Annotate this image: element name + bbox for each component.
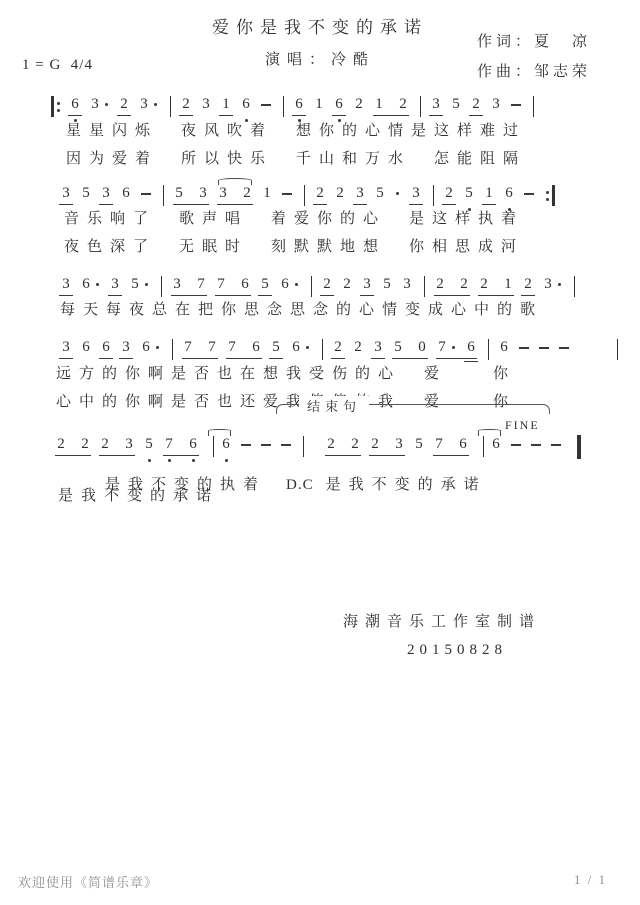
note-digit: 1 <box>261 185 273 202</box>
note-digit: 2 <box>522 276 534 293</box>
duration-dash <box>538 339 550 359</box>
underline <box>429 115 443 116</box>
note-digit: 5 <box>392 339 404 356</box>
underline <box>482 204 496 205</box>
underline <box>371 358 385 359</box>
note-digit: 1 <box>502 276 514 293</box>
note-digit: 7 <box>163 436 175 453</box>
note-digit: 2 <box>118 96 130 113</box>
note-digit: 2 <box>369 436 381 453</box>
note-digit: 2 <box>55 436 67 453</box>
note-digit: 5 <box>413 436 425 453</box>
note-digit: 2 <box>470 96 482 113</box>
note-digit: 6 <box>69 96 81 113</box>
lyrics-line: 每天每夜总在把你思念思念的心情变成心中的歌 <box>60 298 543 319</box>
underline <box>469 115 483 116</box>
engraving-studio-credit: 海潮音乐工作室制谱 <box>343 610 541 631</box>
note-digit: 3 <box>89 96 101 113</box>
underline <box>353 204 367 205</box>
note-digit: 6 <box>498 339 510 356</box>
underline <box>68 115 82 116</box>
note-digit: 2 <box>99 436 111 453</box>
note-digit: 2 <box>241 185 253 202</box>
duration-dash <box>518 339 530 359</box>
note-digit: 3 <box>200 96 212 113</box>
underline <box>99 204 113 205</box>
underline <box>292 115 306 116</box>
note-digit: 5 <box>463 185 475 202</box>
duration-dash <box>280 436 292 456</box>
note-digit: 3 <box>60 339 72 356</box>
page-indicator: 1 / 1 <box>574 872 607 888</box>
note-digit: 5 <box>80 185 92 202</box>
barline <box>483 436 484 457</box>
note-digit: 6 <box>80 276 92 293</box>
note-digit: 6 <box>187 436 199 453</box>
note-digit: 5 <box>450 96 462 113</box>
repeat-dots <box>546 185 549 206</box>
augmentation-dot <box>306 346 309 349</box>
note-digit: 5 <box>143 436 155 453</box>
note-digit: 7 <box>215 276 227 293</box>
underline <box>258 295 272 296</box>
note-digit: 2 <box>349 436 361 453</box>
underline <box>179 115 193 116</box>
note-digit: 2 <box>79 436 91 453</box>
note-digit: 6 <box>290 339 302 356</box>
note: 3 <box>542 276 554 304</box>
augmentation-dot <box>295 283 298 286</box>
note-digit: 5 <box>270 339 282 356</box>
note-digit: 3 <box>361 276 373 293</box>
note-digit: 1 <box>220 96 232 113</box>
note-digit: 2 <box>321 276 333 293</box>
note-digit: 2 <box>458 276 470 293</box>
note-digit: 5 <box>381 276 393 293</box>
note-digit: 6 <box>503 185 515 202</box>
augmentation-dot <box>156 346 159 349</box>
note-digit: 6 <box>239 276 251 293</box>
note-digit: 3 <box>490 96 502 113</box>
note-digit: 6 <box>333 96 345 113</box>
final-barline <box>577 436 581 457</box>
note-digit: 2 <box>443 185 455 202</box>
note-digit: 5 <box>259 276 271 293</box>
note-digit: 3 <box>354 185 366 202</box>
note-digit: 6 <box>80 339 92 356</box>
note-digit: 3 <box>109 276 121 293</box>
underline <box>409 204 423 205</box>
augmentation-dot <box>96 283 99 286</box>
note-digit: 2 <box>334 185 346 202</box>
underline <box>521 295 535 296</box>
underline <box>99 358 113 359</box>
underline <box>313 204 327 205</box>
barline <box>170 96 171 117</box>
note-digit: 1 <box>483 185 495 202</box>
barline <box>420 96 421 117</box>
lyricist-credit: 作词：夏 凉 <box>477 30 591 51</box>
note-digit: 7 <box>182 339 194 356</box>
note-digit: 1 <box>373 96 385 113</box>
barline <box>283 96 284 117</box>
barline <box>433 185 434 206</box>
sheet-music-page: 爱你是我不变的承诺 1 = G 4/4 演唱：冷酷 作词：夏 凉 作曲：邹志荣 … <box>0 0 640 905</box>
underline <box>108 295 122 296</box>
note-digit: 5 <box>173 185 185 202</box>
underline <box>59 358 73 359</box>
note-digit: 6 <box>279 276 291 293</box>
note-digit: 6 <box>100 339 112 356</box>
underline <box>219 115 233 116</box>
lyrics-line: 夜色深了 无眠时 刻默默地想 你相思成河 <box>64 235 524 256</box>
duration-dash <box>260 436 272 456</box>
engraving-date: 20150828 <box>407 642 507 659</box>
note-digit: 3 <box>123 436 135 453</box>
note-digit: 7 <box>226 339 238 356</box>
augmentation-dot <box>145 283 148 286</box>
note-digit: 6 <box>240 96 252 113</box>
note-digit: 0 <box>416 339 428 356</box>
duration-dash <box>281 185 293 205</box>
note-digit: 3 <box>542 276 554 293</box>
note-digit: 6 <box>140 339 152 356</box>
spacer <box>578 339 614 340</box>
note-digit: 6 <box>293 96 305 113</box>
note-digit: 3 <box>197 185 209 202</box>
note-digit: 3 <box>372 339 384 356</box>
duration-dash <box>523 185 535 205</box>
lyrics-line: 星星闪烁 夜风吹着 想你的心情是这样难过 <box>66 119 526 140</box>
barline <box>304 185 305 206</box>
note-digit: 2 <box>353 96 365 113</box>
note-digit: 1 <box>313 96 325 113</box>
augmentation-dot <box>394 185 402 205</box>
note-digit: 6 <box>120 185 132 202</box>
barline <box>322 339 323 360</box>
note-digit: 7 <box>436 339 448 356</box>
duration-dash <box>510 96 522 116</box>
note-digit: 6 <box>220 436 232 453</box>
augmentation-dot <box>452 346 455 349</box>
barline <box>617 339 618 360</box>
dc-marker: D.C <box>286 477 314 493</box>
note-digit: 3 <box>217 185 229 202</box>
note-digit: 5 <box>374 185 386 202</box>
lyrics-line: 是我不变的承诺 <box>58 484 219 505</box>
ending-phrase-label: 结束句 <box>299 396 369 415</box>
lyrics-line: 因为爱着 所以快乐 千山和万水 怎能阻隔 <box>66 147 526 168</box>
note-digit: 3 <box>171 276 183 293</box>
note: 6 <box>490 436 502 464</box>
note-digit: 6 <box>465 339 477 356</box>
note-digit: 2 <box>478 276 490 293</box>
note-digit: 3 <box>410 185 422 202</box>
note-digit: 7 <box>206 339 218 356</box>
spacer <box>313 436 325 437</box>
app-welcome-text: 欢迎使用《简谱乐章》 <box>18 872 158 891</box>
note-digit: 3 <box>60 276 72 293</box>
underline <box>59 295 73 296</box>
duration-dash <box>260 96 272 116</box>
underline <box>442 204 456 205</box>
note-digit: 2 <box>325 436 337 453</box>
note-digit: 3 <box>430 96 442 113</box>
repeat-end-barline <box>546 185 555 206</box>
note-digit: 2 <box>434 276 446 293</box>
note-digit: 3 <box>100 185 112 202</box>
spacer <box>570 436 574 437</box>
note-digit: 3 <box>393 436 405 453</box>
barline <box>163 185 164 206</box>
underline <box>59 204 73 205</box>
note-digit: 2 <box>314 185 326 202</box>
underline <box>320 295 334 296</box>
note-digit: 6 <box>490 436 502 453</box>
barline <box>172 339 173 360</box>
underline <box>360 295 374 296</box>
note-digit: 3 <box>401 276 413 293</box>
note-digit: 6 <box>457 436 469 453</box>
lyrics-line: 远方的你啊是否也在想我受伤的心 爱 你 <box>56 362 516 383</box>
barline <box>574 276 575 297</box>
duration-dash <box>240 436 252 456</box>
barline <box>213 436 214 457</box>
duration-dash <box>530 436 542 456</box>
duration-dash <box>550 436 562 456</box>
note-digit: 3 <box>138 96 150 113</box>
augmentation-dot <box>558 283 561 286</box>
barline <box>311 276 312 297</box>
duration-dash <box>510 436 522 456</box>
barline <box>161 276 162 297</box>
lyrics-line: 是我不变的承诺 <box>326 477 487 493</box>
note-digit: 3 <box>120 339 132 356</box>
note-digit: 2 <box>341 276 353 293</box>
barline <box>424 276 425 297</box>
underline <box>332 115 346 116</box>
barline <box>303 436 304 457</box>
note-digit: 2 <box>332 339 344 356</box>
duration-dash <box>140 185 152 205</box>
duration-dash <box>558 339 570 359</box>
augmentation-dot <box>105 103 108 106</box>
fine-marker: FINE <box>505 418 540 433</box>
underline <box>331 358 345 359</box>
underline <box>269 358 283 359</box>
barline <box>533 96 534 117</box>
composer-credit: 作曲：邹志荣 <box>477 60 591 81</box>
note-digit: 3 <box>60 185 72 202</box>
underline <box>117 115 131 116</box>
note-digit: 2 <box>352 339 364 356</box>
repeat-start-barline <box>51 96 60 117</box>
ending-phrase-bracket: 结束句 <box>276 404 550 414</box>
note-digit: 6 <box>250 339 262 356</box>
augmentation-dot <box>154 103 157 106</box>
note-digit: 7 <box>433 436 445 453</box>
lyrics-line: 音乐响了 歌声唱 着爱你的心 是这样执着 <box>64 207 524 228</box>
barline <box>488 339 489 360</box>
repeat-dots <box>57 96 60 117</box>
note-digit: 7 <box>195 276 207 293</box>
note-digit: 5 <box>129 276 141 293</box>
note-digit: 2 <box>397 96 409 113</box>
note-digit: 2 <box>180 96 192 113</box>
underline <box>119 358 133 359</box>
